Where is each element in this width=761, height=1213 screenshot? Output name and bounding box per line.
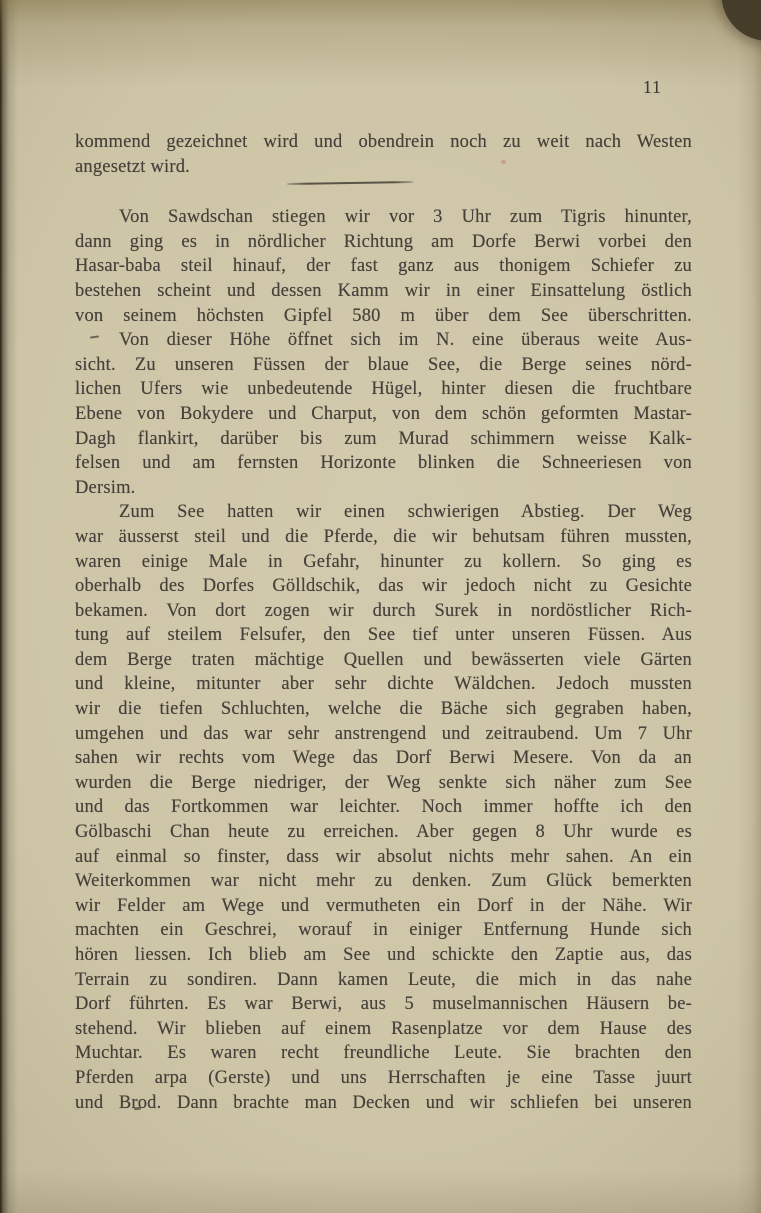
text-line: Dersim. <box>75 476 692 501</box>
text-line: oberhalb des Dorfes Gölldschik, das wir … <box>75 574 692 599</box>
paragraph: Zum See hatten wir einen schwierigen Abs… <box>75 500 692 1115</box>
text-line: umgehen und das war sehr anstrengend und… <box>75 722 692 747</box>
text-line: kommend gezeichnet wird und obendrein no… <box>75 130 692 155</box>
ink-mark-bottom-dash <box>134 1107 141 1111</box>
scanned-book-page: 11 kommend gezeichnet wird und obendrein… <box>0 0 761 1213</box>
text-line: und kleine, mitunter aber sehr dichte Wä… <box>75 672 692 697</box>
text-line: hören liessen. Ich blieb am See und schi… <box>75 943 692 968</box>
page-number: 11 <box>643 77 662 98</box>
text-line: machten ein Geschrei, worauf in einiger … <box>75 918 692 943</box>
text-line: angesetzt wird. <box>75 155 692 180</box>
text-line: Pferden arpa (Gerste) und uns Herrschaft… <box>75 1066 692 1091</box>
text-line: wurden die Berge niedriger, der Weg senk… <box>75 771 692 796</box>
page-text-block: kommend gezeichnet wird und obendrein no… <box>75 130 692 1115</box>
scan-corner-shadow <box>712 0 761 46</box>
text-line: Von Sawdschan stiegen wir vor 3 Uhr zum … <box>75 205 692 230</box>
text-line: und Brod. Dann brachte man Decken und wi… <box>75 1091 692 1116</box>
text-line: Weiterkommen war nicht mehr zu denken. Z… <box>75 869 692 894</box>
paragraph-continuation: kommend gezeichnet wird und obendrein no… <box>75 130 692 179</box>
text-line: dann ging es in nördlicher Richtung am D… <box>75 230 692 255</box>
separator-rule <box>287 181 413 185</box>
text-line: war äusserst steil und die Pferde, die w… <box>75 525 692 550</box>
text-line: Von dieser Höhe öffnet sich im N. eine ü… <box>75 328 692 353</box>
text-line: tung auf steilem Felsufer, den See tief … <box>75 623 692 648</box>
text-line: und das Fortkommen war leichter. Noch im… <box>75 795 692 820</box>
text-line: felsen und am fernsten Horizonte blinken… <box>75 451 692 476</box>
text-line: Muchtar. Es waren recht freundliche Leut… <box>75 1041 692 1066</box>
text-line: waren einige Male in Gefahr, hinunter zu… <box>75 550 692 575</box>
text-line: bestehen scheint und dessen Kamm wir in … <box>75 279 692 304</box>
text-line: Dagh flankirt, darüber bis zum Murad sch… <box>75 427 692 452</box>
text-line: Ebene von Bokydere und Charput, von dem … <box>75 402 692 427</box>
text-line: wir die tiefen Schluchten, welche die Bä… <box>75 697 692 722</box>
text-line: Zum See hatten wir einen schwierigen Abs… <box>75 500 692 525</box>
paragraph: Von Sawdschan stiegen wir vor 3 Uhr zum … <box>75 205 692 328</box>
text-line: Terrain zu sondiren. Dann kamen Leute, d… <box>75 968 692 993</box>
text-line: Hasar-baba steil hinauf, der fast ganz a… <box>75 254 692 279</box>
text-line: wir Felder am Wege und vermutheten ein D… <box>75 894 692 919</box>
section-break <box>75 179 692 205</box>
text-line: stehend. Wir blieben auf einem Rasenplat… <box>75 1017 692 1042</box>
text-line: bekamen. Von dort zogen wir durch Surek … <box>75 599 692 624</box>
text-line: sicht. Zu unseren Füssen der blaue See, … <box>75 353 692 378</box>
paragraph: Von dieser Höhe öffnet sich im N. eine ü… <box>75 328 692 500</box>
text-line: Dorf führten. Es war Berwi, aus 5 muselm… <box>75 992 692 1017</box>
text-line: von seinem höchsten Gipfel 580 m über de… <box>75 304 692 329</box>
text-line: auf einmal so finster, dass wir absolut … <box>75 845 692 870</box>
text-line: sahen wir rechts vom Wege das Dorf Berwi… <box>75 746 692 771</box>
text-line: lichen Ufers wie unbedeutende Hügel, hin… <box>75 377 692 402</box>
text-line: Gölbaschi Chan heute zu erreichen. Aber … <box>75 820 692 845</box>
text-line: dem Berge traten mächtige Quellen und be… <box>75 648 692 673</box>
ink-speck-pink <box>501 160 506 164</box>
